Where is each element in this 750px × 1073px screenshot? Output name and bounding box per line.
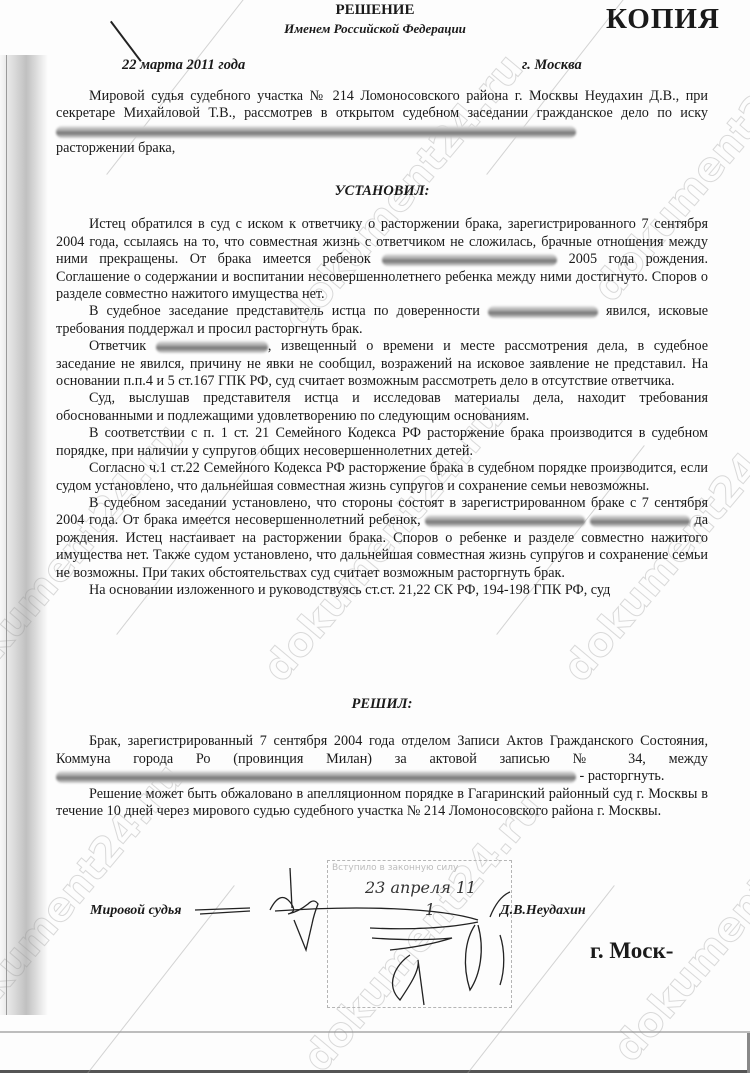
- handwritten-signature: [0, 0, 750, 1073]
- stamp-city-large: г. Моск-: [590, 938, 673, 964]
- document-page: dokument24.ru dokument24.ru dokument24.r…: [0, 0, 750, 1073]
